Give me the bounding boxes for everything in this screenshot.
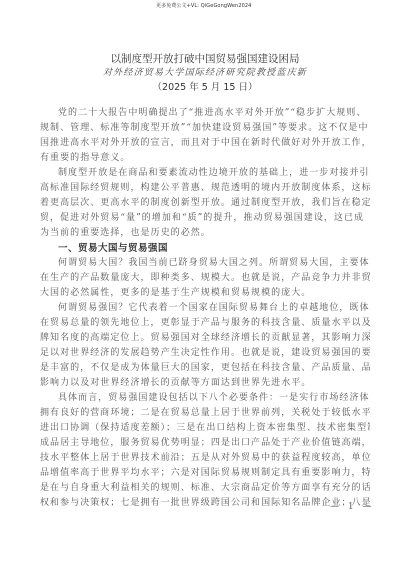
body-line: 具体而言，贸易强国建设包括以下八个必要条件：一是实行市场经济体制， (40, 391, 370, 406)
body-line: 规制、管理、标准等制度型开放”“加快建设贸易强国”等要求。这不仅是中 (40, 121, 370, 136)
body-line: 影响力以及对世界经济增长的贡献等方面达到世界先进水平。 (40, 376, 370, 391)
body-line: 有重要的指导意义。 (40, 151, 370, 166)
body-line: 在贸易总量的领先地位上，更彰显于产品与服务的科技含量、质量水平以及品 (40, 316, 370, 331)
body-line: 国推进高水平对外开放的宣言，而且对于中国在新时代做好对外开放工作，具 (40, 136, 370, 151)
document-body: 党的二十大报告中明确提出了“推进高水平对外开放”“稳步扩大规则、 规制、管理、标… (40, 106, 370, 511)
body-line: 何谓贸易大国？我国当前已跻身贸易大国之列。所谓贸易大国，主要体现 (40, 256, 370, 271)
page-number: — 1 — (330, 502, 374, 512)
body-line: 为当前的重要选择，也是历史的必然。 (40, 226, 370, 241)
body-line: 进出口协调（保持适度差额）；三是在出口结构上资本密集型、技术密集型制 (40, 421, 370, 436)
body-line: 贸，促进对外贸易“量”的增加和“质”的提升，推动贸易强国建设，这已成 (40, 211, 370, 226)
body-line: 拥有良好的营商环境；二是在贸易总量上居于世界前列，关税处于较低水平， (40, 406, 370, 421)
body-line: 制度型开放是在商品和要素流动性边境开放的基础上，进一步对接并引领 (40, 166, 370, 181)
body-line: 何谓贸易强国？它代表着一个国家在国际贸易舞台上的卓越地位，既体现 (40, 301, 370, 316)
header-watermark: 更多免费公文+VL: QiGeGongWen2024 (156, 2, 251, 9)
body-line: 是丰富的，不仅是成为体量巨大的国家，更包括在科技含量、产品质量、品牌 (40, 361, 370, 376)
body-line: 权和参与决策权；七是拥有一批世界级跨国公司和国际知名品牌企业；八是贸 (40, 496, 370, 511)
body-line: 党的二十大报告中明确提出了“推进高水平对外开放”“稳步扩大规则、 (40, 106, 370, 121)
body-line: 技水平整体上居于世界技术前沿；五是从对外贸易中的获益程度较高，单位产 (40, 451, 370, 466)
document-page: 更多免费公文+VL: QiGeGongWen2024 以制度型开放打破中国贸易强… (0, 0, 410, 580)
document-title: 以制度型开放打破中国贸易强国建设困局 (0, 51, 410, 66)
body-line: 在生产的产品数量庞大，即种类多、规模大。也就是说，产品竞争力并非贸易 (40, 271, 370, 286)
body-line: 成品居主导地位，服务贸易优势明显；四是出口产品处于产业价值链高端，科 (40, 436, 370, 451)
body-line: 足以对世界经济的发展趋势产生决定性作用。也就是说，建设贸易强国的要求 (40, 346, 370, 361)
document-author: 对外经济贸易大学国际经济研究院教授蓝庆新 (0, 65, 410, 78)
body-line: 是在与自身重大利益相关的规则、标准、大宗商品定价等方面享有充分的话语 (40, 481, 370, 496)
body-line: 品增值率高于世界平均水平；六是对国际贸易规则制定具有重要影响力，特别 (40, 466, 370, 481)
document-date: （2025 年 5 月 15 日） (0, 79, 410, 93)
body-line: 高标准国际经贸规则，构建公平普惠、规范透明的境内开放制度体系，这标志 (40, 181, 370, 196)
body-line: 大国的必然属性，更多的是基于生产规模和贸易规模的庞大。 (40, 286, 370, 301)
body-line: 牌知名度的高端定位上。贸易强国对全球经济增长的贡献显著，其影响力深远， (40, 331, 370, 346)
body-line: 着更高层次、更高水平的制度创新型开放。通过制度型开放，我们旨在稳定外 (40, 196, 370, 211)
section-heading: 一、贸易大国与贸易强国 (40, 241, 370, 256)
